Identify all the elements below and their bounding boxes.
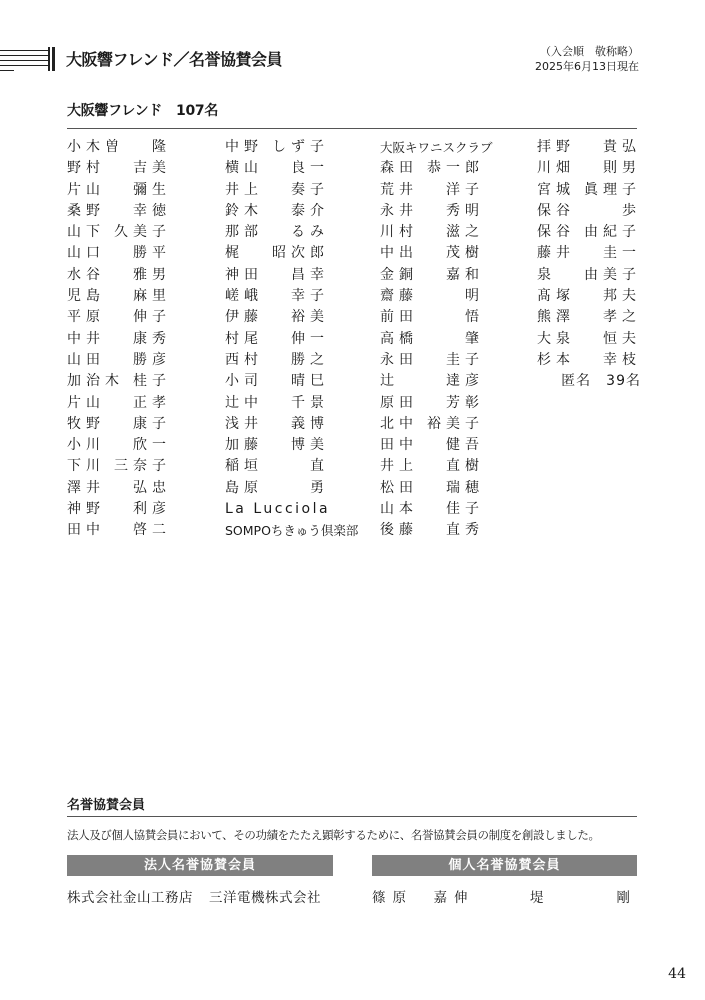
given-name: 昌幸: [287, 265, 329, 286]
header-decoration: [0, 47, 56, 71]
surname: 大泉: [537, 329, 599, 350]
member-name: 小司晴巳: [225, 371, 329, 392]
surname: 神田: [225, 265, 287, 286]
given-name: 恭一郎: [427, 158, 484, 179]
given-name: 健吾: [442, 435, 484, 456]
given-name: 康子: [129, 414, 171, 435]
given-name: 正孝: [129, 393, 171, 414]
member-name: 浅井義博: [225, 414, 329, 435]
member-name: 伊藤裕美: [225, 307, 329, 328]
given-name: 奏子: [287, 180, 329, 201]
surname: 小司: [225, 371, 287, 392]
given-name: 勝彦: [129, 350, 171, 371]
given-name: 孝之: [599, 307, 641, 328]
individual-member: 篠原 嘉伸: [372, 886, 475, 906]
corporate-member: 株式会社金山工務店: [67, 890, 193, 906]
surname: 小木曽: [67, 137, 129, 158]
given-name: 則男: [599, 158, 641, 179]
member-name: 嵯峨幸子: [225, 286, 329, 307]
individual-member: 堤剛: [530, 886, 637, 906]
surname: 梶: [225, 243, 272, 264]
member-name: 水谷雅男: [67, 265, 171, 286]
surname: 熊澤: [537, 307, 599, 328]
member-name: 北中裕美子: [380, 414, 484, 435]
surname: 片山: [67, 393, 129, 414]
surname: 荒井: [380, 180, 442, 201]
given-name: 麻里: [129, 286, 171, 307]
given-name: 良一: [287, 158, 329, 179]
given-name: 明: [442, 286, 484, 307]
member-column-1: 小木曽隆野村吉美片山彌生桑野幸徳山下久美子山口勝平水谷雅男児島麻里平原伸子中井康…: [67, 137, 171, 542]
given-name: 悟: [442, 307, 484, 328]
surname: 中出: [380, 243, 442, 264]
member-name: 村尾伸一: [225, 329, 329, 350]
given-name: 泰介: [287, 201, 329, 222]
surname: 稲垣: [225, 456, 287, 477]
friends-title: 大阪響フレンド: [67, 103, 162, 119]
given-name: 幸子: [287, 286, 329, 307]
given-name: 欣一: [129, 435, 171, 456]
member-column-2: 中野しず子横山良一井上奏子鈴木泰介那部るみ梶昭次郎神田昌幸嵯峨幸子伊藤裕美村尾伸…: [225, 137, 329, 542]
member-name: 前田悟: [380, 307, 484, 328]
surname: 井上: [225, 180, 287, 201]
given-name: 邦夫: [599, 286, 641, 307]
member-name: 加藤博美: [225, 435, 329, 456]
surname: 宮城: [537, 180, 584, 201]
surname: 藤井: [537, 243, 599, 264]
member-name: 匿名 39名: [537, 371, 645, 392]
surname: 杉本: [537, 350, 599, 371]
individual-member-part: 堤: [530, 886, 551, 906]
given-name: 博美: [287, 435, 329, 456]
given-name: 利彦: [129, 499, 171, 520]
member-name: 神野利彦: [67, 499, 171, 520]
given-name: 直: [287, 456, 329, 477]
surname: 金銅: [380, 265, 442, 286]
honorary-section-title: 名誉協賛会員: [67, 794, 145, 813]
member-name: 中出茂樹: [380, 243, 484, 264]
order-note: （入会順 敬称略）: [535, 44, 639, 59]
surname: 拝野: [537, 137, 599, 158]
surname: 伊藤: [225, 307, 287, 328]
surname: 山口: [67, 243, 129, 264]
surname: 水谷: [67, 265, 129, 286]
surname: 井上: [380, 456, 442, 477]
given-name: 隆: [129, 137, 171, 158]
member-name: 中井康秀: [67, 329, 171, 350]
surname: 齋藤: [380, 286, 442, 307]
member-name: 井上直樹: [380, 456, 484, 477]
surname: 保谷: [537, 201, 599, 222]
surname: 野村: [67, 158, 129, 179]
given-name: 洋子: [442, 180, 484, 201]
member-name: 小川欣一: [67, 435, 171, 456]
given-name: 雅男: [129, 265, 171, 286]
surname: 辻中: [225, 393, 287, 414]
surname: 桑野: [67, 201, 129, 222]
member-name: 保谷由紀子: [537, 222, 641, 243]
given-name: 佳子: [442, 499, 484, 520]
given-name: るみ: [287, 222, 329, 243]
corporate-member: 三洋電機株式会社: [209, 890, 321, 906]
member-name: La Lucciola: [225, 499, 329, 520]
given-name: 裕美子: [427, 414, 484, 435]
surname: 辻: [380, 371, 442, 392]
given-name: 秀明: [442, 201, 484, 222]
given-name: 晴巳: [287, 371, 329, 392]
given-name: 弘忠: [129, 478, 171, 499]
given-name: 由美子: [584, 265, 641, 286]
given-name: 昭次郎: [272, 243, 329, 264]
given-name: 千景: [287, 393, 329, 414]
given-name: 恒夫: [599, 329, 641, 350]
member-name: 泉由美子: [537, 265, 641, 286]
member-name: 山田勝彦: [67, 350, 171, 371]
member-name: 田中啓二: [67, 520, 171, 541]
member-name: 森田恭一郎: [380, 158, 484, 179]
member-name: 神田昌幸: [225, 265, 329, 286]
surname: 加治木: [67, 371, 129, 392]
surname: 村尾: [225, 329, 287, 350]
surname: 児島: [67, 286, 129, 307]
member-name: 片山彌生: [67, 180, 171, 201]
member-column-3: 大阪キワニスクラブ森田恭一郎荒井洋子永井秀明川村滋之中出茂樹金銅嘉和齋藤明前田悟…: [380, 137, 484, 542]
surname: 永田: [380, 350, 442, 371]
surname: 髙塚: [537, 286, 599, 307]
header-note: （入会順 敬称略） 2025年6月13日現在: [535, 44, 639, 74]
surname: 島原: [225, 478, 287, 499]
member-name: 田中健吾: [380, 435, 484, 456]
surname: 田中: [67, 520, 129, 541]
member-name: 辻達彦: [380, 371, 484, 392]
surname: 泉: [537, 265, 584, 286]
member-name: 保谷歩: [537, 201, 641, 222]
surname: 原田: [380, 393, 442, 414]
given-name: 勝之: [287, 350, 329, 371]
given-name: 勇: [287, 478, 329, 499]
member-name: 宮城眞理子: [537, 180, 641, 201]
member-name: 後藤直秀: [380, 520, 484, 541]
divider: [67, 128, 637, 129]
surname: 山本: [380, 499, 442, 520]
member-name: 川村滋之: [380, 222, 484, 243]
surname: 中井: [67, 329, 129, 350]
given-name: 吉美: [129, 158, 171, 179]
surname: 西村: [225, 350, 287, 371]
given-name: 瑞穂: [442, 478, 484, 499]
member-name: 加治木桂子: [67, 371, 171, 392]
given-name: 伸子: [129, 307, 171, 328]
surname: 浅井: [225, 414, 287, 435]
surname: 永井: [380, 201, 442, 222]
given-name: 啓二: [129, 520, 171, 541]
member-name: 永井秀明: [380, 201, 484, 222]
friends-section-title: 大阪響フレンド107名: [67, 100, 218, 120]
member-name: 熊澤孝之: [537, 307, 641, 328]
member-name: 藤井圭一: [537, 243, 641, 264]
member-name: 大泉恒夫: [537, 329, 641, 350]
surname: 片山: [67, 180, 129, 201]
surname: 那部: [225, 222, 287, 243]
page-number: 44: [668, 966, 686, 982]
given-name: 茂樹: [442, 243, 484, 264]
given-name: 義博: [287, 414, 329, 435]
surname: 川畑: [537, 158, 599, 179]
surname: 北中: [380, 414, 427, 435]
member-name: 鈴木泰介: [225, 201, 329, 222]
member-name: 大阪キワニスクラブ: [380, 137, 484, 158]
member-name: 山口勝平: [67, 243, 171, 264]
member-name: 横山良一: [225, 158, 329, 179]
surname: 澤井: [67, 478, 129, 499]
individual-member-part: 剛: [617, 886, 638, 906]
given-name: 芳彰: [442, 393, 484, 414]
given-name: 直樹: [442, 456, 484, 477]
member-name: 山下久美子: [67, 222, 171, 243]
as-of-date: 2025年6月13日現在: [535, 59, 639, 74]
page-title: 大阪響フレンド／名誉協賛会員: [66, 47, 282, 70]
given-name: 桂子: [129, 371, 171, 392]
member-name: 那部るみ: [225, 222, 329, 243]
surname: 高橋: [380, 329, 442, 350]
member-name: 西村勝之: [225, 350, 329, 371]
surname: 神野: [67, 499, 129, 520]
member-name: 澤井弘忠: [67, 478, 171, 499]
member-name: 髙塚邦夫: [537, 286, 641, 307]
member-name: 梶昭次郎: [225, 243, 329, 264]
member-name: 荒井洋子: [380, 180, 484, 201]
member-name: 金銅嘉和: [380, 265, 484, 286]
given-name: 滋之: [442, 222, 484, 243]
member-name: 永田圭子: [380, 350, 484, 371]
member-name: 松田瑞穂: [380, 478, 484, 499]
member-name: 中野しず子: [225, 137, 329, 158]
member-column-4: 拝野貴弘川畑則男宮城眞理子保谷歩保谷由紀子藤井圭一泉由美子髙塚邦夫熊澤孝之大泉恒…: [537, 137, 645, 393]
member-name: 稲垣直: [225, 456, 329, 477]
member-name: 牧野康子: [67, 414, 171, 435]
surname: 田中: [380, 435, 442, 456]
surname: 松田: [380, 478, 442, 499]
corporate-members: 株式会社金山工務店三洋電機株式会社: [67, 886, 321, 906]
given-name: 圭一: [599, 243, 641, 264]
given-name: 歩: [599, 201, 641, 222]
given-name: 裕美: [287, 307, 329, 328]
member-name: 川畑則男: [537, 158, 641, 179]
member-name: 井上奏子: [225, 180, 329, 201]
member-name: 小木曽隆: [67, 137, 171, 158]
member-name: 杉本幸枝: [537, 350, 641, 371]
given-name: 伸一: [287, 329, 329, 350]
member-name: 桑野幸徳: [67, 201, 171, 222]
surname: 前田: [380, 307, 442, 328]
given-name: 康秀: [129, 329, 171, 350]
surname: 嵯峨: [225, 286, 287, 307]
member-name: 野村吉美: [67, 158, 171, 179]
given-name: しず子: [272, 137, 329, 158]
member-name: 島原勇: [225, 478, 329, 499]
given-name: 達彦: [442, 371, 484, 392]
member-name: SOMPOちきゅう倶楽部: [225, 520, 329, 541]
given-name: 久美子: [114, 222, 171, 243]
member-name: 片山正孝: [67, 393, 171, 414]
member-name: 原田芳彰: [380, 393, 484, 414]
given-name: 幸徳: [129, 201, 171, 222]
member-name: 高橋肇: [380, 329, 484, 350]
given-name: 幸枝: [599, 350, 641, 371]
surname: 加藤: [225, 435, 287, 456]
member-name: 平原伸子: [67, 307, 171, 328]
surname: 中野: [225, 137, 272, 158]
member-name: 齋藤明: [380, 286, 484, 307]
surname: 山下: [67, 222, 114, 243]
honorary-description: 法人及び個人協賛会員において、その功績をたたえ顕彰するために、名誉協賛会員の制度…: [67, 827, 600, 843]
member-name: 辻中千景: [225, 393, 329, 414]
surname: 山田: [67, 350, 129, 371]
surname: 平原: [67, 307, 129, 328]
member-name: 山本佳子: [380, 499, 484, 520]
member-name: 下川三奈子: [67, 456, 171, 477]
surname: 小川: [67, 435, 129, 456]
member-name: 拝野貴弘: [537, 137, 641, 158]
surname: 川村: [380, 222, 442, 243]
given-name: 眞理子: [584, 180, 641, 201]
given-name: 圭子: [442, 350, 484, 371]
surname: 保谷: [537, 222, 584, 243]
divider: [67, 816, 637, 817]
member-name: 児島麻里: [67, 286, 171, 307]
friends-count: 107名: [176, 103, 218, 119]
given-name: 彌生: [129, 180, 171, 201]
given-name: 肇: [442, 329, 484, 350]
surname: 横山: [225, 158, 287, 179]
individual-honorary-heading: 個人名誉協賛会員: [372, 855, 637, 876]
given-name: 勝平: [129, 243, 171, 264]
given-name: 由紀子: [584, 222, 641, 243]
given-name: 三奈子: [114, 456, 171, 477]
surname: 牧野: [67, 414, 129, 435]
surname: 森田: [380, 158, 427, 179]
corporate-honorary-heading: 法人名誉協賛会員: [67, 855, 333, 876]
given-name: 嘉和: [442, 265, 484, 286]
surname: 鈴木: [225, 201, 287, 222]
surname: 下川: [67, 456, 114, 477]
surname: 後藤: [380, 520, 442, 541]
given-name: 直秀: [442, 520, 484, 541]
given-name: 貴弘: [599, 137, 641, 158]
